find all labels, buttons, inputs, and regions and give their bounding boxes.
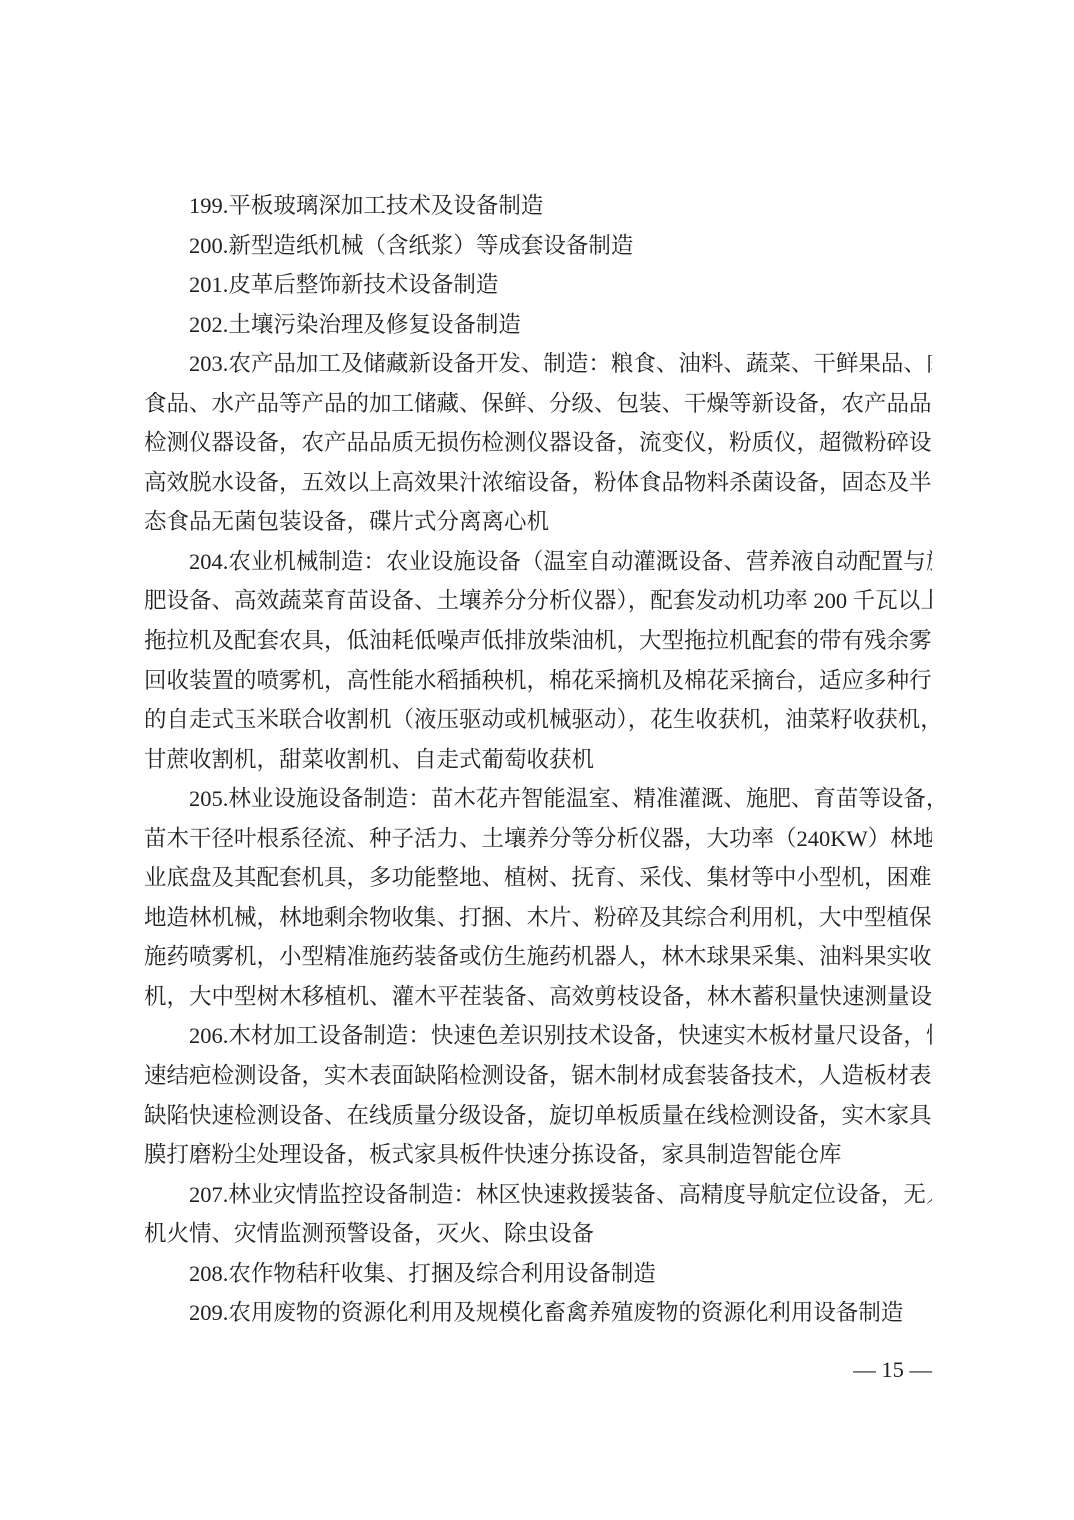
text-line: 膜打磨粉尘处理设备，板式家具板件快速分拣设备，家具制造智能仓库 — [144, 1135, 932, 1175]
text-line: 苗木干径叶根系径流、种子活力、土壤养分等分析仪器，大功率（240KW）林地作 — [144, 819, 932, 859]
text-line: 回收装置的喷雾机，高性能水稻插秧机，棉花采摘机及棉花采摘台，适应多种行距 — [144, 661, 932, 701]
text-line: 201.皮革后整饰新技术设备制造 — [144, 265, 932, 305]
text-line: 的自走式玉米联合收割机（液压驱动或机械驱动），花生收获机，油菜籽收获机， — [144, 700, 932, 740]
text-line: 机，大中型树木移植机、灌木平茬装备、高效剪枝设备，林木蓄积量快速测量设备 — [144, 977, 932, 1017]
document-page: 199.平板玻璃深加工技术及设备制造200.新型造纸机械（含纸浆）等成套设备制造… — [0, 0, 1074, 1520]
text-line: 甘蔗收割机，甜菜收割机、自走式葡萄收获机 — [144, 740, 932, 780]
text-line: 检测仪器设备，农产品品质无损伤检测仪器设备，流变仪，粉质仪，超微粉碎设备， — [144, 423, 932, 463]
text-line: 肥设备、高效蔬菜育苗设备、土壤养分分析仪器），配套发动机功率 200 千瓦以上 — [144, 581, 932, 621]
text-line: 206.木材加工设备制造：快速色差识别技术设备，快速实木板材量尺设备，快 — [144, 1016, 932, 1056]
text-line: 205.林业设施设备制造：苗木花卉智能温室、精准灌溉、施肥、育苗等设备， — [144, 779, 932, 819]
text-line: 209.农用废物的资源化利用及规模化畜禽养殖废物的资源化利用设备制造 — [144, 1293, 932, 1333]
document-body: 199.平板玻璃深加工技术及设备制造200.新型造纸机械（含纸浆）等成套设备制造… — [144, 186, 932, 1333]
text-line: 200.新型造纸机械（含纸浆）等成套设备制造 — [144, 226, 932, 266]
text-line: 202.土壤污染治理及修复设备制造 — [144, 305, 932, 345]
text-line: 机火情、灾情监测预警设备，灭火、除虫设备 — [144, 1214, 932, 1254]
text-line: 施药喷雾机，小型精准施药装备或仿生施药机器人，林木球果采集、油料果实收获 — [144, 937, 932, 977]
text-line: 缺陷快速检测设备、在线质量分级设备，旋切单板质量在线检测设备，实木家具漆 — [144, 1096, 932, 1136]
text-line: 199.平板玻璃深加工技术及设备制造 — [144, 186, 932, 226]
text-line: 食品、水产品等产品的加工储藏、保鲜、分级、包装、干燥等新设备，农产品品质 — [144, 384, 932, 424]
text-line: 业底盘及其配套机具，多功能整地、植树、抚育、采伐、集材等中小型机，困难立 — [144, 858, 932, 898]
text-line: 拖拉机及配套农具，低油耗低噪声低排放柴油机，大型拖拉机配套的带有残余雾粒 — [144, 621, 932, 661]
text-line: 地造林机械，林地剩余物收集、打捆、木片、粉碎及其综合利用机，大中型植保与 — [144, 898, 932, 938]
text-line: 208.农作物秸秆收集、打捆及综合利用设备制造 — [144, 1254, 932, 1294]
text-line: 203.农产品加工及储藏新设备开发、制造：粮食、油料、蔬菜、干鲜果品、肉 — [144, 344, 932, 384]
page-number: — 15 — — [144, 1350, 932, 1390]
text-line: 204.农业机械制造：农业设施设备（温室自动灌溉设备、营养液自动配置与施 — [144, 542, 932, 582]
text-line: 态食品无菌包装设备，碟片式分离离心机 — [144, 502, 932, 542]
text-line: 速结疤检测设备，实木表面缺陷检测设备，锯木制材成套装备技术，人造板材表面 — [144, 1056, 932, 1096]
text-line: 207.林业灾情监控设备制造：林区快速救援装备、高精度导航定位设备，无人 — [144, 1175, 932, 1215]
text-line: 高效脱水设备，五效以上高效果汁浓缩设备，粉体食品物料杀菌设备，固态及半固 — [144, 463, 932, 503]
